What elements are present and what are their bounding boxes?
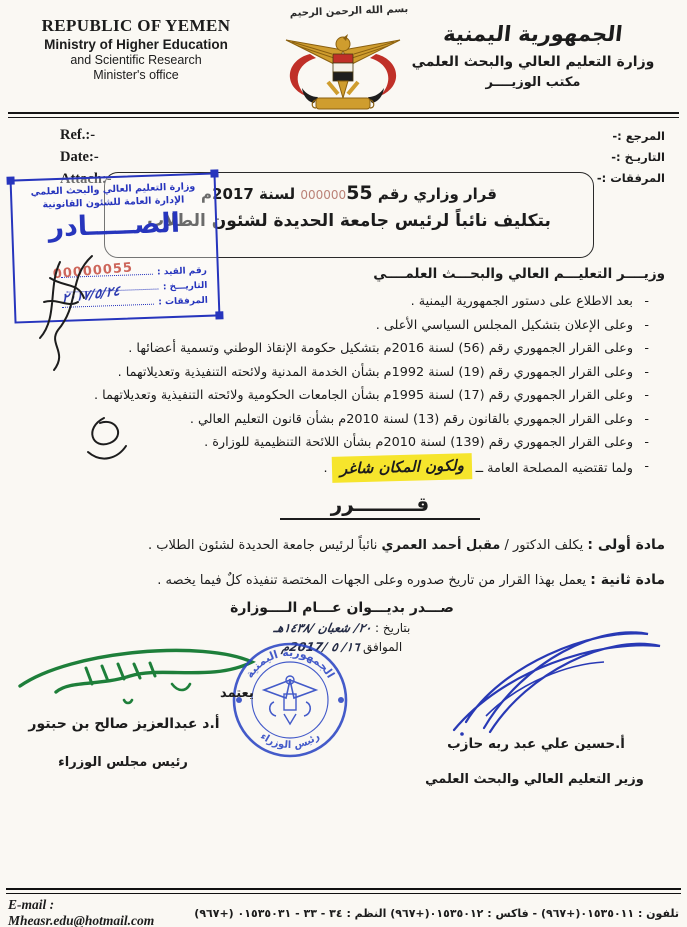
ref-fields-arabic: المرجع :- التاريـخ :- المرفقات :- <box>597 126 665 189</box>
country-name-en: REPUBLIC OF YEMEN <box>14 16 258 36</box>
office-name-en: Minister's office <box>14 68 258 82</box>
preamble-item: بعد الاطلاع على دستور الجمهورية اليمنية … <box>19 290 649 314</box>
preamble-list: بعد الاطلاع على دستور الجمهورية اليمنية … <box>19 290 649 480</box>
stamp-corner-square <box>210 169 218 177</box>
ministry-name-en: Ministry of Higher Education <box>14 37 258 52</box>
header-english: REPUBLIC OF YEMEN Ministry of Higher Edu… <box>14 16 258 82</box>
ministry-name-ar: وزارة التعليم العالي والبحث العلمي <box>393 54 673 70</box>
issued-greg-label: الموافق <box>363 640 402 654</box>
articles-section: مادة أولى : يكلف الدكتور / مقبل أحمد الع… <box>20 528 665 598</box>
office-name-ar: مكتب الوزيــــر <box>393 75 673 90</box>
preamble-item: وعلى الإعلان بتشكيل المجلس السياسي الأعل… <box>19 314 649 338</box>
date-field-ar: التاريـخ :- <box>597 147 665 168</box>
preamble-last-pre: ولما تقتضيه المصلحة العامة ــ <box>476 461 633 476</box>
footer-phone-numbers: تلفون : ٠١٥٣٥٠١١(+٩٦٧) - فاكس : ٠١٥٣٥٠١٢… <box>194 907 679 920</box>
ref-field-ar: المرجع :- <box>597 126 665 147</box>
stamp-outgoing-word: الصـــــادر <box>13 206 216 244</box>
article-two-text: يعمل بهذا القرار من تاريخ صدوره وعلى الج… <box>157 573 586 588</box>
appointee-name: مقبل أحمد العمري <box>382 538 501 553</box>
preamble-item: وعلى القرار الجمهوري رقم (17) لسنة 1995م… <box>19 384 649 408</box>
minister-name: أ.حسين علي عبد ربه حازب <box>411 736 661 752</box>
svg-text:رئيس الوزراء: رئيس الوزراء <box>258 731 322 751</box>
article-one: مادة أولى : يكلف الدكتور / مقبل أحمد الع… <box>20 528 665 563</box>
handwritten-highlighted-note: ولكون المكان شاغر <box>331 453 471 482</box>
header-divider <box>8 112 679 118</box>
article-one-label: مادة أولى : <box>587 537 665 553</box>
minister-heading: وزيــــر التعليـــم العالي والبحـــث الع… <box>373 266 665 282</box>
date-field: Date:- <box>60 146 112 168</box>
footer-email: E-mail : Mheasr.edu@hotmail.com <box>8 897 194 927</box>
round-stamp-bottom-text: رئيس الوزراء <box>258 731 322 751</box>
article-two: مادة ثانية : يعمل بهذا القرار من تاريخ ص… <box>20 563 665 598</box>
footer-contact-line: E-mail : Mheasr.edu@hotmail.com تلفون : … <box>8 897 679 927</box>
minister-blue-pen-signature <box>428 620 673 738</box>
approved-label: يعتمد <box>220 686 254 701</box>
preamble-last-post: . <box>323 461 327 476</box>
footer-divider <box>6 888 681 894</box>
issued-line: صـــدر بديـــوان عـــام الــــوزارة <box>182 600 502 616</box>
minister-title: وزير التعليم العالي والبحث العلمي <box>402 772 667 787</box>
decree-number-machine-bold: 55 <box>346 182 372 204</box>
decree-number-label: قرار وزاري رقم <box>378 185 497 203</box>
article-one-pre: يكلف الدكتور / <box>500 538 583 553</box>
attach-field-ar: المرفقات :- <box>597 168 665 189</box>
pm-title: رئيس مجلس الوزراء <box>28 755 218 770</box>
article-two-label: مادة ثانية : <box>590 572 665 588</box>
issued-date-handwritten: ٢٠/ شعبان /١٤٣٨هـ <box>272 621 372 635</box>
scanned-decree-document: REPUBLIC OF YEMEN Ministry of Higher Edu… <box>0 0 687 927</box>
bismillah-calligraphy: بسم الله الرحمن الرحيم <box>284 4 414 20</box>
header-arabic: الجمهورية اليمنية وزارة التعليم العالي و… <box>393 22 673 90</box>
preamble-item-last: ولما تقتضيه المصلحة العامة ــ ولكون المك… <box>19 455 649 481</box>
stamp-reg-label: رقم القيد : <box>157 266 207 278</box>
preamble-item: وعلى القرار الجمهوري رقم (139) لسنة 2010… <box>19 431 649 455</box>
preamble-item: وعلى القرار الجمهوري رقم (56) لسنة 2016م… <box>19 337 649 361</box>
round-stamp-top-text: الجمهورية اليمنية <box>243 646 337 680</box>
decree-number-machine-faint: 000000 <box>300 188 346 202</box>
svg-text:الجمهورية اليمنية: الجمهورية اليمنية <box>243 646 337 680</box>
article-one-post: نائباً لرئيس جامعة الحديدة لشئون الطلاب … <box>148 538 382 553</box>
country-name-ar: الجمهورية اليمنية <box>392 22 675 46</box>
pm-name: أ.د عبدالعزيز صالح بن حبتور <box>8 716 240 732</box>
stamp-corner-square <box>6 176 14 184</box>
ministry-name-en-2: and Scientific Research <box>14 53 258 67</box>
issued-date-label: بتاريخ : <box>375 621 410 635</box>
preamble-item: وعلى القرار الجمهوري رقم (19) لسنة 1992م… <box>19 361 649 385</box>
decided-heading: قـــــــــرر <box>280 492 480 520</box>
preamble-item: وعلى القرار الجمهوري بالقانون رقم (13) ل… <box>19 408 649 432</box>
ref-field: Ref.:- <box>60 124 112 146</box>
